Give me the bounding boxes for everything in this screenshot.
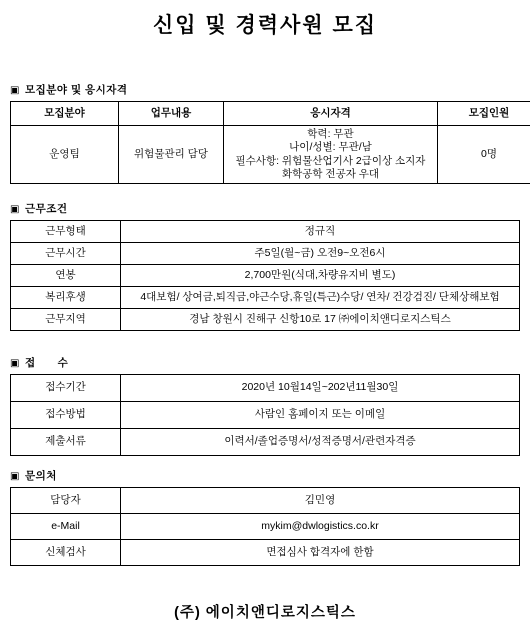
table-row: 근무지역경남 창원시 진해구 신항10로 17 ㈜에이치앤디로지스틱스 bbox=[11, 309, 520, 331]
row-value: 면접심사 합격자에 한함 bbox=[121, 540, 520, 566]
table-row: 접수기간2020년 10월14일~202년11월30일 bbox=[11, 375, 520, 402]
section-work-conditions: ▣근무조건근무형태정규직근무시간주5일(월~금) 오전9~오전6시연봉2,700… bbox=[10, 203, 520, 331]
application-table: 접수기간2020년 10월14일~202년11월30일접수방법사람인 홈페이지 … bbox=[10, 374, 520, 456]
column-header: 업무내용 bbox=[119, 102, 224, 126]
table-cell: 운영팀 bbox=[11, 126, 119, 184]
square-bullet-icon: ▣ bbox=[10, 85, 20, 96]
section-heading: ▣모집분야 및 응시자격 bbox=[10, 84, 520, 97]
table-row: 제출서류이력서/졸업증명서/성적증명서/관련자격증 bbox=[11, 429, 520, 456]
page-title: 신입 및 경력사원 모집 bbox=[0, 0, 530, 39]
row-label: 접수방법 bbox=[11, 402, 121, 429]
row-value: 주5일(월~금) 오전9~오전6시 bbox=[121, 243, 520, 265]
column-header: 모집분야 bbox=[11, 102, 119, 126]
row-label: 연봉 bbox=[11, 265, 121, 287]
section-heading-label: 근무조건 bbox=[25, 203, 68, 215]
row-label: 담당자 bbox=[11, 488, 121, 514]
row-label: 제출서류 bbox=[11, 429, 121, 456]
row-value: 경남 창원시 진해구 신항10로 17 ㈜에이치앤디로지스틱스 bbox=[121, 309, 520, 331]
row-value: 정규직 bbox=[121, 221, 520, 243]
section-heading-label: 접 수 bbox=[25, 357, 68, 369]
row-value: 2020년 10월14일~202년11월30일 bbox=[121, 375, 520, 402]
row-value: mykim@dwlogistics.co.kr bbox=[121, 514, 520, 540]
company-name: (주) 에이치앤디로지스틱스 bbox=[0, 601, 530, 622]
table-cell: 0명 bbox=[438, 126, 530, 184]
square-bullet-icon: ▣ bbox=[10, 471, 20, 482]
table-cell: 위험물관리 담당 bbox=[119, 126, 224, 184]
work-conditions-table: 근무형태정규직근무시간주5일(월~금) 오전9~오전6시연봉2,700만원(식대… bbox=[10, 220, 520, 331]
row-value: 이력서/졸업증명서/성적증명서/관련자격증 bbox=[121, 429, 520, 456]
document-page: 신입 및 경력사원 모집 ▣모집분야 및 응시자격모집분야업무내용응시자격모집인… bbox=[0, 0, 530, 636]
column-header: 모집인원 bbox=[438, 102, 530, 126]
square-bullet-icon: ▣ bbox=[10, 358, 20, 369]
row-label: 근무형태 bbox=[11, 221, 121, 243]
row-value: 사람인 홈페이지 또는 이메일 bbox=[121, 402, 520, 429]
table-row: 근무시간주5일(월~금) 오전9~오전6시 bbox=[11, 243, 520, 265]
table-row: 복리후생4대보험/ 상여금,퇴직금,야근수당,휴일(특근)수당/ 연차/ 건강검… bbox=[11, 287, 520, 309]
cell-line: 필수사항: 위험물산업기사 2급이상 소지자 bbox=[226, 155, 435, 169]
column-header: 응시자격 bbox=[224, 102, 438, 126]
section-heading: ▣근무조건 bbox=[10, 203, 520, 216]
row-value: 4대보험/ 상여금,퇴직금,야근수당,휴일(특근)수당/ 연차/ 건강검진/ 단… bbox=[121, 287, 520, 309]
row-label: 신체검사 bbox=[11, 540, 121, 566]
table-row: 접수방법사람인 홈페이지 또는 이메일 bbox=[11, 402, 520, 429]
cell-line: 나이/성별: 무관/남 bbox=[226, 141, 435, 155]
header-row: 모집분야업무내용응시자격모집인원 bbox=[11, 102, 530, 126]
cell-line: 학력: 무관 bbox=[226, 128, 435, 142]
row-label: 접수기간 bbox=[11, 375, 121, 402]
row-value: 2,700만원(식대,차량유지비 별도) bbox=[121, 265, 520, 287]
table-row: 신체검사면접심사 합격자에 한함 bbox=[11, 540, 520, 566]
square-bullet-icon: ▣ bbox=[10, 204, 20, 215]
row-label: 근무시간 bbox=[11, 243, 121, 265]
contact-table: 담당자김민영e-Mailmykim@dwlogistics.co.kr신체검사면… bbox=[10, 487, 520, 566]
section-heading-label: 모집분야 및 응시자격 bbox=[25, 84, 128, 96]
table-row: e-Mailmykim@dwlogistics.co.kr bbox=[11, 514, 520, 540]
table-row: 담당자김민영 bbox=[11, 488, 520, 514]
sections: ▣모집분야 및 응시자격모집분야업무내용응시자격모집인원운영팀위험물관리 담당학… bbox=[10, 84, 520, 566]
table-row: 운영팀위험물관리 담당학력: 무관나이/성별: 무관/남필수사항: 위험물산업기… bbox=[11, 126, 530, 184]
row-value: 김민영 bbox=[121, 488, 520, 514]
cell-line: 화학공학 전공자 우대 bbox=[226, 168, 435, 182]
row-label: 복리후생 bbox=[11, 287, 121, 309]
section-contact: ▣문의처담당자김민영e-Mailmykim@dwlogistics.co.kr신… bbox=[10, 470, 520, 566]
row-label: 근무지역 bbox=[11, 309, 121, 331]
section-heading: ▣문의처 bbox=[10, 470, 520, 483]
table-row: 연봉2,700만원(식대,차량유지비 별도) bbox=[11, 265, 520, 287]
section-recruitment: ▣모집분야 및 응시자격모집분야업무내용응시자격모집인원운영팀위험물관리 담당학… bbox=[10, 84, 520, 184]
section-application: ▣접 수접수기간2020년 10월14일~202년11월30일접수방법사람인 홈… bbox=[10, 357, 520, 456]
section-heading-label: 문의처 bbox=[25, 470, 57, 482]
recruitment-table: 모집분야업무내용응시자격모집인원운영팀위험물관리 담당학력: 무관나이/성별: … bbox=[10, 101, 530, 184]
table-row: 근무형태정규직 bbox=[11, 221, 520, 243]
table-cell: 학력: 무관나이/성별: 무관/남필수사항: 위험물산업기사 2급이상 소지자화… bbox=[224, 126, 438, 184]
row-label: e-Mail bbox=[11, 514, 121, 540]
section-heading: ▣접 수 bbox=[10, 357, 520, 370]
